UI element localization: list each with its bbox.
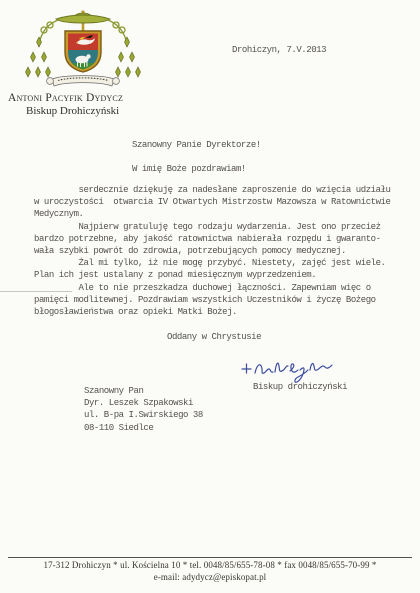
- body-line: w uroczystości otwarcia IV Otwartych Mis…: [34, 196, 404, 208]
- galero-hat: [56, 13, 110, 23]
- letterhead-name: Antoni Pacyfik Dydycz: [8, 92, 123, 104]
- body-line: Plan ich jest ustalany z ponad miesięczn…: [34, 269, 404, 281]
- scanned-letter-page: Antoni Pacyfik Dydycz Biskup Drohiczyńsk…: [0, 0, 420, 593]
- body-line: Medycznym.: [34, 208, 404, 220]
- recipient-block: Szanowny Pan Dyr. Leszek Szpakowski ul. …: [84, 385, 203, 434]
- body-line: Żal mi tylko, iż nie mogę przybyć. Niest…: [34, 257, 404, 269]
- footer-address-line: 17-312 Drohiczyn * ul. Kościelna 10 * te…: [0, 560, 420, 572]
- footer-email-line: e-mail: adydycz@episkopat.pl: [0, 572, 420, 584]
- recipient-line: Dyr. Leszek Szpakowski: [84, 397, 203, 409]
- body-line: pamięci modlitewnej. Pozdrawiam wszystki…: [34, 294, 404, 306]
- greeting: W imię Boże pozdrawiam!: [132, 163, 246, 175]
- body-line: Ale to nie przeszkadza duchowej łącznośc…: [34, 282, 404, 294]
- closing-line: Oddany w Chrystusie: [167, 331, 261, 343]
- body-line: serdecznie dziękuję za nadesłane zaprosz…: [34, 184, 404, 196]
- salutation: Szanowny Panie Dyrektorze!: [132, 139, 261, 151]
- body-line: wała szybki powrót do zdrowia, potrzebuj…: [34, 245, 404, 257]
- recipient-line: ul. B-pa I.Swirskiego 38: [84, 409, 203, 421]
- letterhead-title: Biskup Drohiczyński: [26, 105, 119, 117]
- letter-body: serdecznie dziękuję za nadesłane zaprosz…: [34, 184, 404, 318]
- heraldic-shield: [64, 30, 104, 74]
- body-line: błogosławieństwa oraz opieki Matki Bożej…: [34, 306, 404, 318]
- recipient-line: 08-110 Siedlce: [84, 422, 203, 434]
- body-line: Najpierw gratuluję tego rodzaju wydarzen…: [34, 221, 404, 233]
- signature-typed-title: Biskup drohiczyński: [253, 381, 347, 393]
- bishop-coat-of-arms-icon: [24, 10, 142, 96]
- footer-divider: [8, 557, 412, 558]
- motto-ribbon: [47, 76, 120, 86]
- body-line: bardzo potrzebne, aby jakość ratownictwa…: [34, 233, 404, 245]
- recipient-line: Szanowny Pan: [84, 385, 203, 397]
- date-line: Drohiczyn, 7.V.2013: [232, 44, 326, 56]
